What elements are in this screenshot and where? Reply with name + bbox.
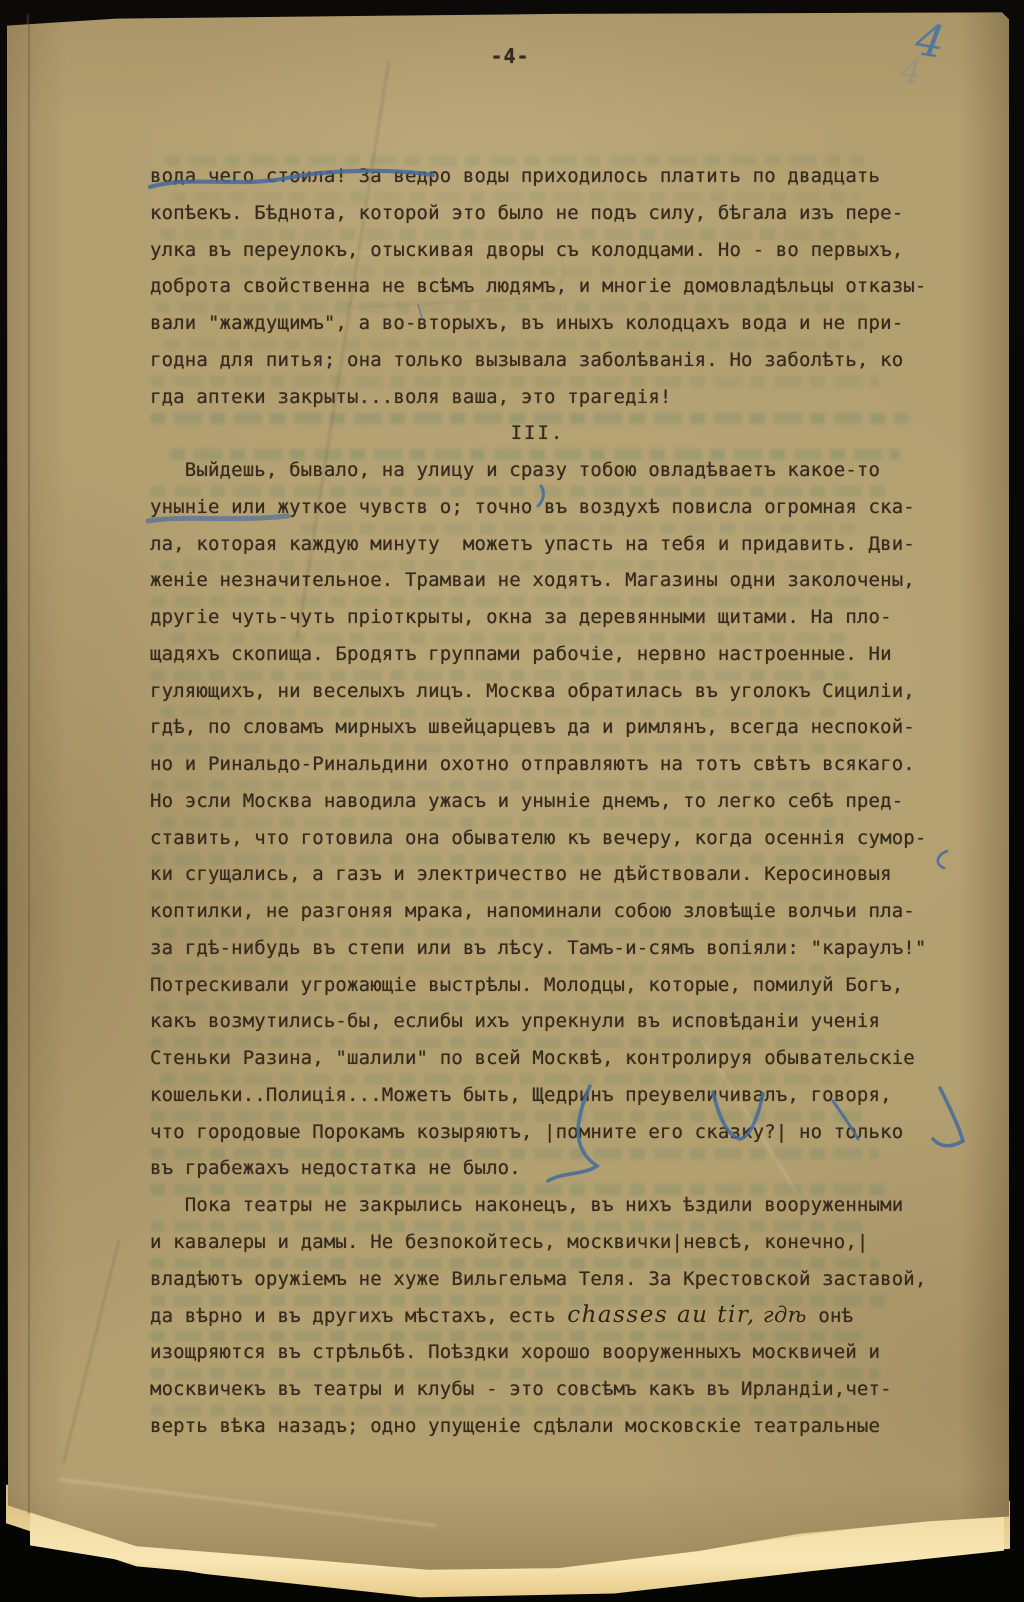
handwritten-latin-phrase: chasses au tir, bbox=[567, 1302, 755, 1328]
typed-text-segment: доброта свойственна не всѣмъ людямъ, и м… bbox=[150, 275, 926, 297]
typed-line: Пока театры не закрылись наконецъ, въ ни… bbox=[150, 1187, 925, 1224]
typed-text-segment: Но эсли Москва наводила ужасъ и уныніе д… bbox=[150, 790, 903, 812]
typed-line: верть вѣка назадъ; одно упущеніе сдѣлали… bbox=[150, 1408, 925, 1445]
typed-line: гуляющихъ, ни веселыхъ лицъ. Москва обра… bbox=[150, 673, 925, 710]
typed-text-segment: щадяхъ скопища. Бродятъ группами рабочіе… bbox=[150, 643, 892, 665]
typed-text-segment: ки сгущались, а газъ и электричество не … bbox=[150, 863, 892, 885]
typed-text-segment: изощряются въ стрѣльбѣ. Поѣздки хорошо в… bbox=[150, 1341, 880, 1363]
typed-line: что городовые Порокамъ козыряютъ, |помни… bbox=[150, 1114, 925, 1151]
typed-text-segment: Потрескивали угрожающіе выстрѣлы. Молодц… bbox=[150, 974, 903, 996]
handwritten-cyrillic-word: гдѣ bbox=[756, 1303, 807, 1327]
typed-text-block: вода чего стоила! За ведро воды приходил… bbox=[150, 158, 925, 1444]
typed-text-segment: вали "жаждущимъ", а во-вторыхъ, въ иныхъ… bbox=[150, 312, 903, 334]
typed-text-segment: что городовые Порокамъ козыряютъ, |помни… bbox=[150, 1121, 903, 1143]
typed-line: за гдѣ-нибудь въ степи или въ лѣсу. Тамъ… bbox=[150, 930, 925, 967]
typed-line: ла, которая каждую минуту можетъ упасть … bbox=[150, 526, 925, 563]
typed-text-segment: гуляющихъ, ни веселыхъ лицъ. Москва обра… bbox=[150, 680, 915, 702]
section-heading: III. bbox=[150, 415, 925, 452]
typed-line: женіе незначительное. Трамваи не ходятъ.… bbox=[150, 562, 925, 599]
typed-line: но и Ринальдо-Ринальдини охотно отправля… bbox=[150, 746, 925, 783]
typed-line: годна для питья; она только вызывала заб… bbox=[150, 342, 925, 379]
typed-line: вали "жаждущимъ", а во-вторыхъ, въ иныхъ… bbox=[150, 305, 925, 342]
typed-line: ставить, что готовила она обывателю къ в… bbox=[150, 820, 925, 857]
typed-text-segment: улка въ переулокъ, отыскивая дворы съ ко… bbox=[150, 239, 903, 261]
typed-text-segment: онѣ bbox=[807, 1305, 853, 1327]
typed-line: другіе чуть-чуть пріоткрыты, окна за дер… bbox=[150, 599, 925, 636]
typed-text-segment: владѣютъ оружіемъ не хуже Вильгельма Тел… bbox=[150, 1268, 926, 1290]
typed-text-segment: женіе незначительное. Трамваи не ходятъ.… bbox=[150, 569, 915, 591]
typed-line: Выйдешь, бывало, на улицу и сразу тобою … bbox=[150, 452, 925, 489]
typed-text-segment: Выйдешь, бывало, на улицу и сразу тобою … bbox=[150, 459, 880, 481]
typed-text-segment: Стеньки Разина, "шалили" по всей Москвѣ,… bbox=[150, 1047, 915, 1069]
typed-line: Потрескивали угрожающіе выстрѣлы. Молодц… bbox=[150, 967, 925, 1004]
typed-text-segment: въ грабежахъ недостатка не было. bbox=[150, 1157, 521, 1179]
typed-text-segment: уныніе или жуткое чувств о; точно въ воз… bbox=[150, 496, 915, 518]
typed-line: въ грабежахъ недостатка не было. bbox=[150, 1150, 925, 1187]
typed-line: ки сгущались, а газъ и электричество не … bbox=[150, 856, 925, 893]
typed-line: да вѣрно и въ другихъ мѣстахъ, есть chas… bbox=[150, 1297, 925, 1334]
typed-line: изощряются въ стрѣльбѣ. Поѣздки хорошо в… bbox=[150, 1334, 925, 1371]
typed-line: и кавалеры и дамы. Не безпокойтесь, моск… bbox=[150, 1224, 925, 1261]
typed-line: улка въ переулокъ, отыскивая дворы съ ко… bbox=[150, 232, 925, 269]
typed-line: москвичекъ въ театры и клубы - это совсѣ… bbox=[150, 1371, 925, 1408]
typed-line: гда аптеки закрыты...воля ваша, это траг… bbox=[150, 379, 925, 416]
typed-text-segment: гдѣ, по словамъ мирныхъ швейцарцевъ да и… bbox=[150, 716, 915, 738]
typed-text-segment: другіе чуть-чуть пріоткрыты, окна за дер… bbox=[150, 606, 892, 628]
typed-text-segment: ла, которая каждую минуту можетъ упасть … bbox=[150, 533, 915, 555]
typed-line: какъ возмутились-бы, еслибы ихъ упрекнул… bbox=[150, 1003, 925, 1040]
typed-line: коптилки, не разгоняя мрака, напоминали … bbox=[150, 893, 925, 930]
typed-line: Но эсли Москва наводила ужасъ и уныніе д… bbox=[150, 783, 925, 820]
typed-text-segment: москвичекъ въ театры и клубы - это совсѣ… bbox=[150, 1378, 892, 1400]
typed-text-segment: гда аптеки закрыты...воля ваша, это траг… bbox=[150, 386, 672, 408]
typed-line: копѣекъ. Бѣднота, которой это было не по… bbox=[150, 195, 925, 232]
typed-text-segment: ставить, что готовила она обывателю къ в… bbox=[150, 827, 926, 849]
typed-text-segment: верть вѣка назадъ; одно упущеніе сдѣлали… bbox=[150, 1415, 880, 1437]
typed-text-segment: коптилки, не разгоняя мрака, напоминали … bbox=[150, 900, 915, 922]
typed-line: вода чего стоила! За ведро воды приходил… bbox=[150, 158, 925, 195]
typed-line: кошельки..Полиція...Можетъ быть, Щедринъ… bbox=[150, 1077, 925, 1114]
typed-text-segment: III. bbox=[511, 422, 565, 444]
typed-text-segment: но и Ринальдо-Ринальдини охотно отправля… bbox=[150, 753, 915, 775]
typed-text-segment: и кавалеры и дамы. Не безпокойтесь, моск… bbox=[150, 1231, 869, 1253]
handwritten-page-number-echo: 4 bbox=[898, 51, 924, 93]
typed-line: гдѣ, по словамъ мирныхъ швейцарцевъ да и… bbox=[150, 709, 925, 746]
left-fold-crease bbox=[27, 14, 30, 1514]
typed-text-segment: да вѣрно и въ другихъ мѣстахъ, есть bbox=[150, 1305, 567, 1327]
typed-line: доброта свойственна не всѣмъ людямъ, и м… bbox=[150, 268, 925, 305]
typed-text-segment: Пока театры не закрылись наконецъ, въ ни… bbox=[150, 1194, 903, 1216]
typed-text-segment: за гдѣ-нибудь въ степи или въ лѣсу. Тамъ… bbox=[150, 937, 926, 959]
typed-line: Стеньки Разина, "шалили" по всей Москвѣ,… bbox=[150, 1040, 925, 1077]
typed-page-number: -4- bbox=[150, 44, 870, 68]
typed-line: щадяхъ скопища. Бродятъ группами рабочіе… bbox=[150, 636, 925, 673]
typed-text-segment: какъ возмутились-бы, еслибы ихъ упрекнул… bbox=[150, 1010, 880, 1032]
typed-text-segment: годна для питья; она только вызывала заб… bbox=[150, 349, 903, 371]
typed-text-segment: копѣекъ. Бѣднота, которой это было не по… bbox=[150, 202, 903, 224]
typed-text-segment: вода чего стоила! За ведро воды приходил… bbox=[150, 165, 880, 187]
typed-line: владѣютъ оружіемъ не хуже Вильгельма Тел… bbox=[150, 1261, 925, 1298]
typed-line: уныніе или жуткое чувств о; точно въ воз… bbox=[150, 489, 925, 526]
typed-text-segment: кошельки..Полиція...Можетъ быть, Щедринъ… bbox=[150, 1084, 892, 1106]
scan-background: -4- 4 4 вода чего стоила! За ведро воды … bbox=[0, 0, 1024, 1602]
